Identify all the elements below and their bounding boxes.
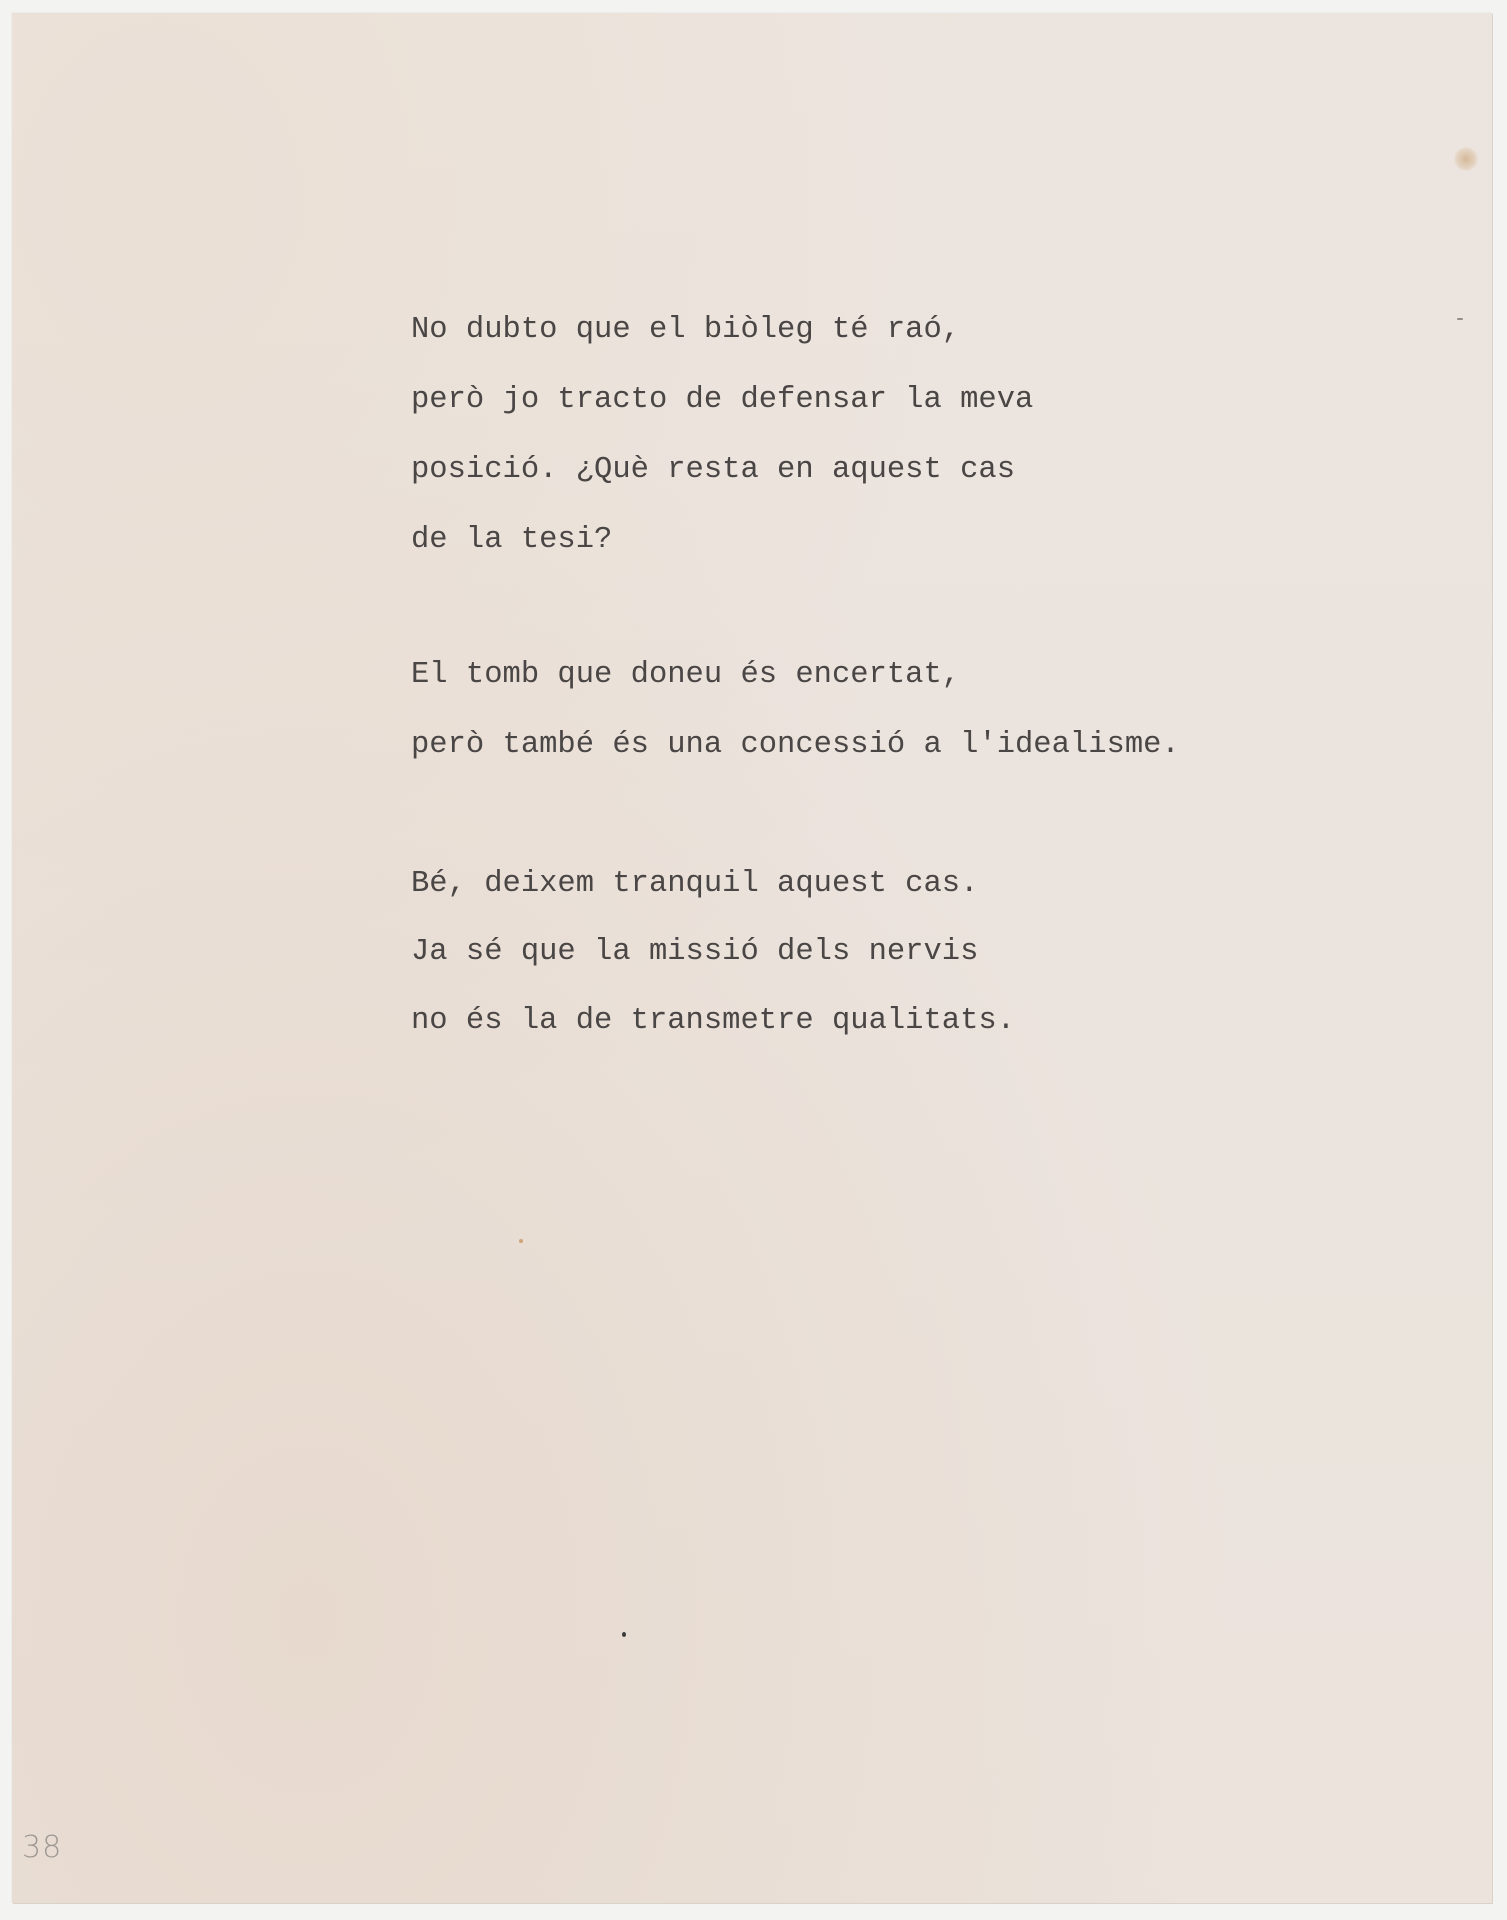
ink-speck [622, 1632, 626, 1637]
text-line: però jo tracto de defensar la meva [411, 385, 1033, 416]
text-line: El tomb que doneu és encertat, [411, 660, 960, 691]
text-line: No dubto que el biòleg té raó, [411, 315, 960, 346]
text-line: Ja sé que la missió dels nervis [411, 937, 978, 968]
paper-stain [1454, 147, 1478, 171]
text-line: de la tesi? [411, 525, 612, 556]
text-line: posició. ¿Què resta en aquest cas [411, 455, 1015, 486]
margin-mark [1457, 318, 1463, 320]
rust-speck [519, 1239, 523, 1243]
text-line: però també és una concessió a l'idealism… [411, 730, 1180, 761]
text-line: no és la de transmetre qualitats. [411, 1006, 1015, 1037]
text-line: Bé, deixem tranquil aquest cas. [411, 869, 978, 900]
page-number: 38 [22, 1830, 62, 1865]
